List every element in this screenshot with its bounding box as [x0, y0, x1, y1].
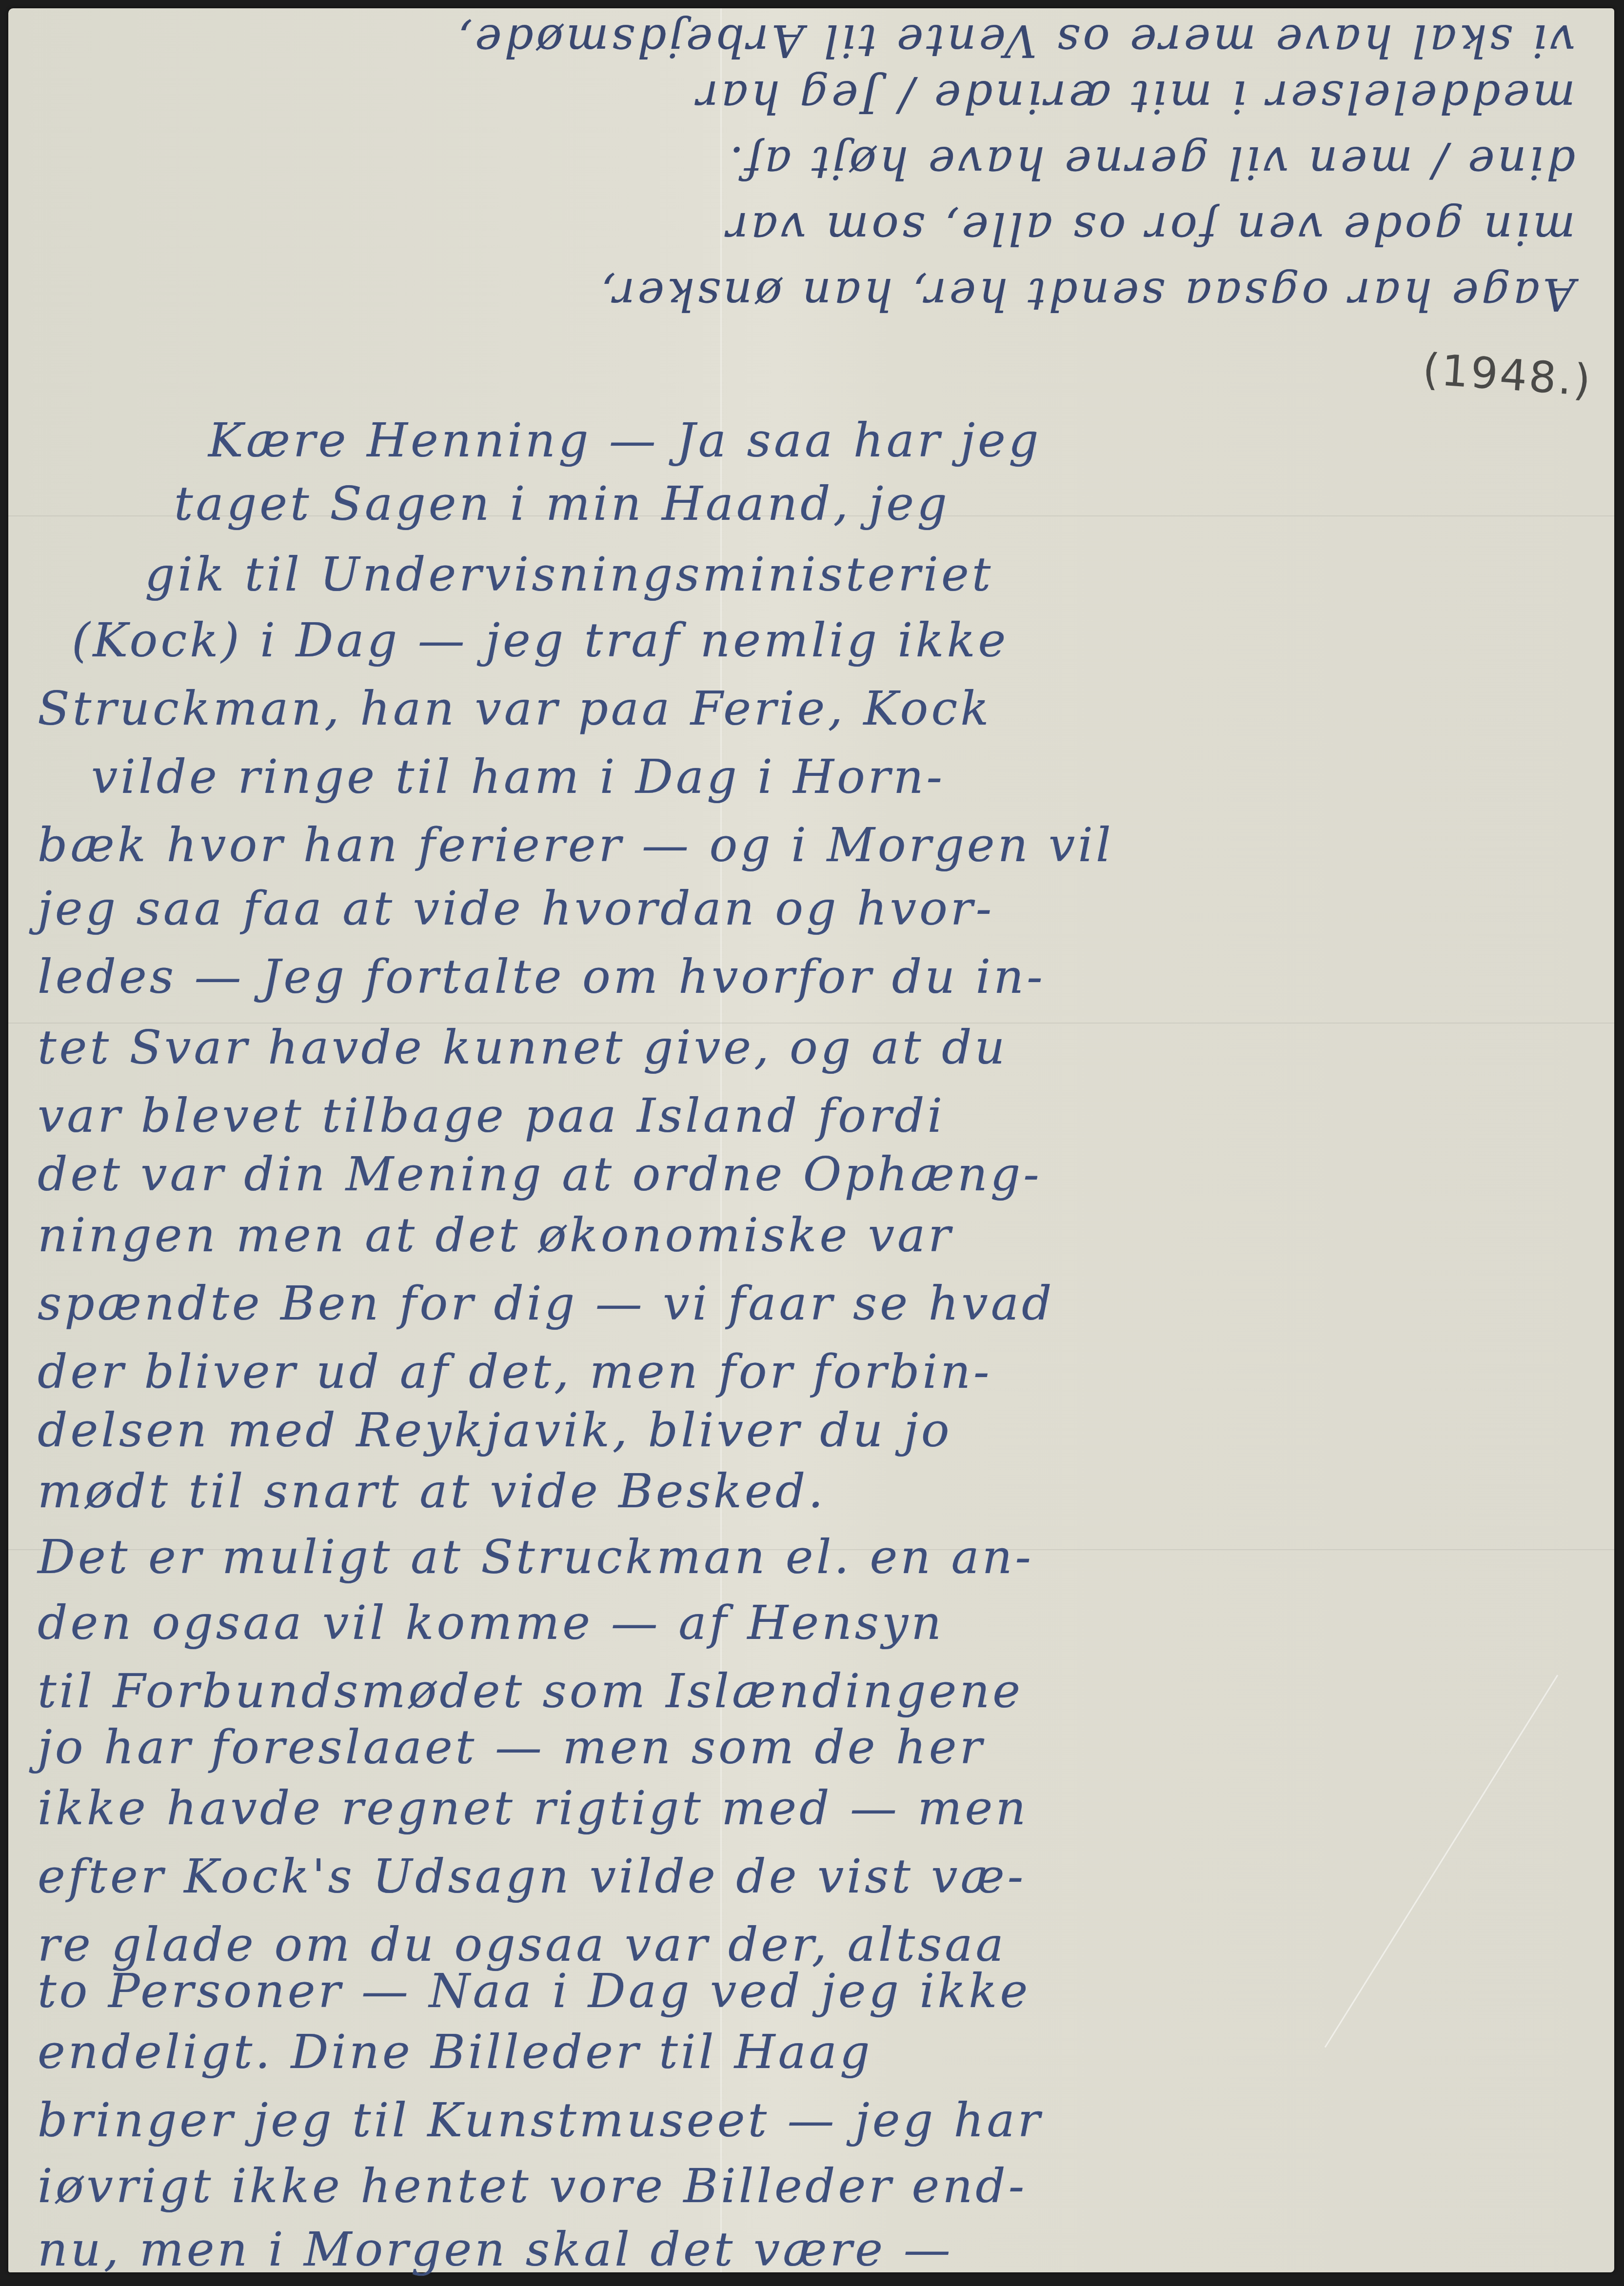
letter-paper: Aage har ogsaa sendt her, han ønsker, mi… [8, 8, 1614, 2272]
letter-line: (Kock) i Dag — jeg traf nemlig ikke [72, 613, 1009, 668]
paper-crease [1325, 1675, 1558, 2048]
letter-line: Struckman, han var paa Ferie, Kock [38, 681, 991, 736]
postscript-line: vi skal have mere os Vente til Arbejdsmø… [455, 15, 1575, 67]
letter-line: ledes — Jeg fortalte om hvorfor du in- [38, 949, 1046, 1004]
letter-line: Kære Henning — Ja saa har jeg [208, 413, 1041, 468]
letter-line: var blevet tilbage paa Island fordi [38, 1088, 945, 1143]
letter-line: to Personer — Naa i Dag ved jeg ikke [38, 1964, 1030, 2018]
letter-line: Det er muligt at Struckman el. en an- [38, 1530, 1034, 1584]
letter-line: taget Sagen i min Haand, jeg [174, 476, 950, 531]
letter-line: den ogsaa vil komme — af Hensyn [38, 1596, 944, 1650]
letter-line: der bliver ud af det, men for forbin- [38, 1344, 992, 1399]
letter-line: tet Svar havde kunnet give, og at du [38, 1020, 1008, 1075]
letter-line: det var din Mening at ordne Ophæng- [38, 1147, 1042, 1202]
letter-line: ikke havde regnet rigtigt med — men [38, 1781, 1029, 1835]
inverted-postscript: Aage har ogsaa sendt her, han ønsker, mi… [8, 8, 1614, 340]
date-annotation: (1948.) [1421, 344, 1594, 406]
letter-line: gik til Undervisningsministeriet [145, 547, 993, 602]
letter-line: efter Kock's Udsagn vilde de vist væ- [38, 1849, 1026, 1904]
letter-line: spændte Ben for dig — vi faar se hvad [38, 1276, 1054, 1331]
letter-line: endeligt. Dine Billeder til Haag [38, 2025, 872, 2079]
letter-line: mødt til snart at vide Besked. [38, 1464, 826, 1518]
letter-line: til Forbundsmødet som Islændingene [38, 1664, 1023, 1718]
letter-line: bæk hvor han ferierer — og i Morgen vil [38, 818, 1114, 872]
letter-line: jo har foreslaaet — men som de her [38, 1720, 985, 1774]
letter-line: delsen med Reykjavik, bliver du jo [38, 1403, 952, 1458]
letter-line: nu, men i Morgen skal det være — [38, 2222, 953, 2277]
letter-line: ningen men at det økonomiske var [38, 1208, 953, 1262]
postscript-line: dine / men vil gerne have højt af. [727, 137, 1575, 189]
letter-line: vilde ringe til ham i Dag i Horn- [91, 749, 945, 804]
letter-line: bringer jeg til Kunstmuseet — jeg har [38, 2093, 1043, 2148]
letter-line: jeg saa faa at vide hvordan og hvor- [38, 881, 994, 936]
letter-line: iøvrigt ikke hentet vore Billeder end- [38, 2159, 1027, 2213]
postscript-line: meddelelser i mit ærinde / Jeg har [694, 71, 1575, 123]
postscript-line: Aage har ogsaa sendt her, han ønsker, [598, 268, 1575, 320]
postscript-line: min gode ven for os alle, som var [724, 202, 1575, 255]
